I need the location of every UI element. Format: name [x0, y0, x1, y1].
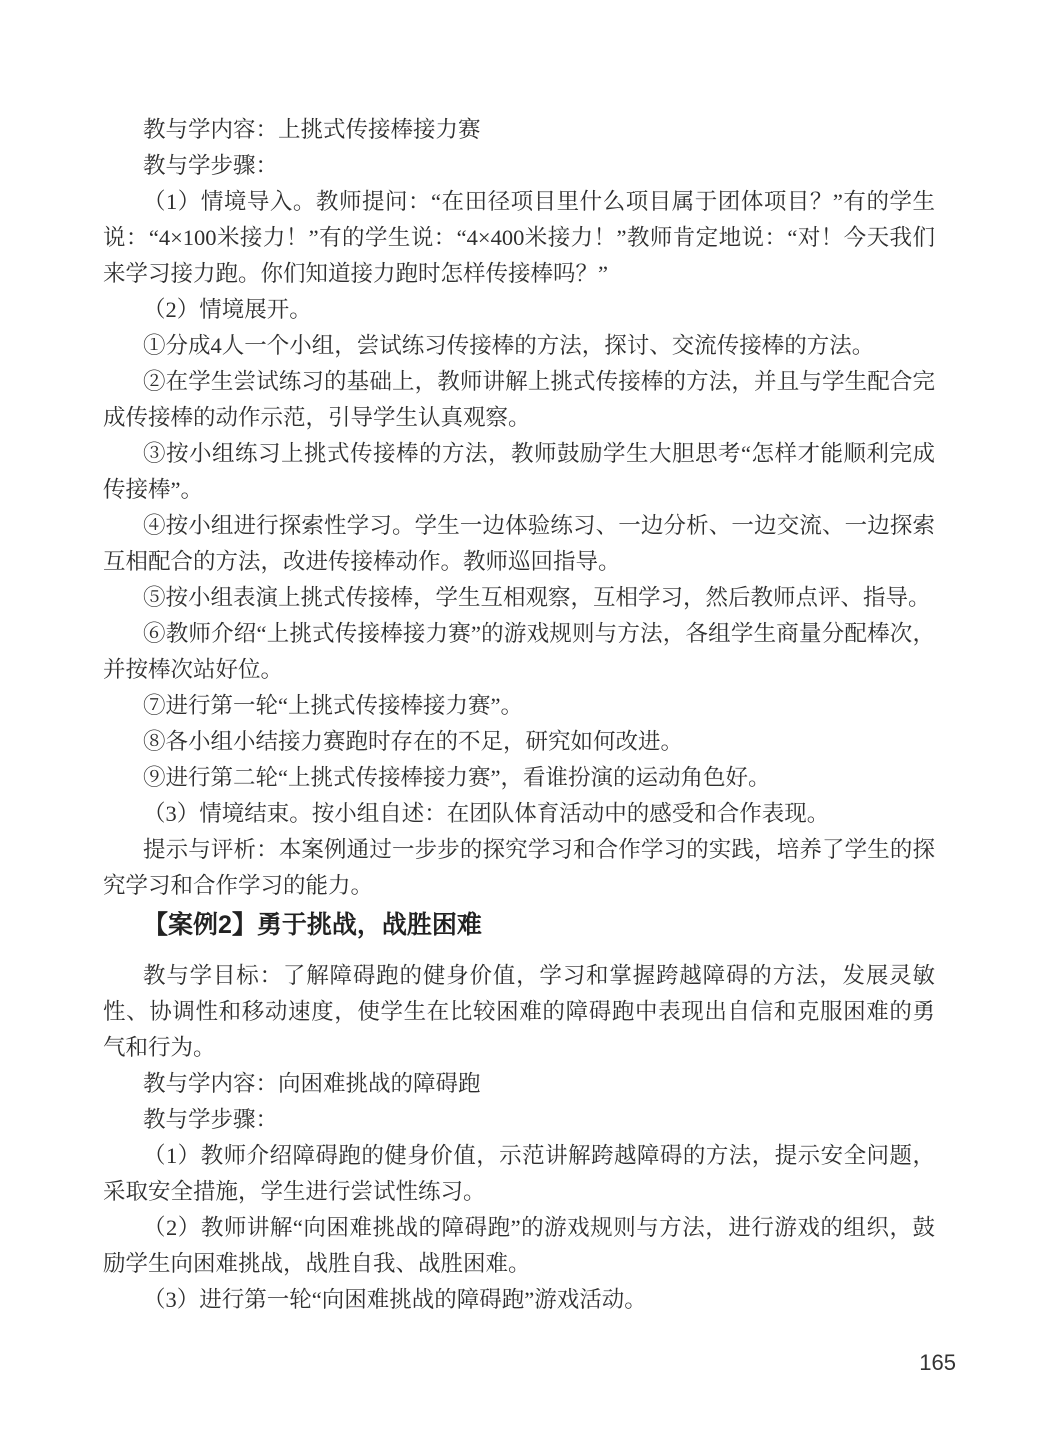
- paragraph: 教与学目标：了解障碍跑的健身价值，学习和掌握跨越障碍的方法，发展灵敏性、协调性和…: [103, 958, 935, 1066]
- document-body: 教与学内容：上挑式传接棒接力赛教与学步骤：（1）情境导入。教师提问：“在田径项目…: [103, 112, 935, 1318]
- paragraph: 提示与评析：本案例通过一步步的探究学习和合作学习的实践，培养了学生的探究学习和合…: [103, 832, 935, 904]
- paragraph: ⑥教师介绍“上挑式传接棒接力赛”的游戏规则与方法，各组学生商量分配棒次，并按棒次…: [103, 616, 935, 688]
- paragraph: ⑤按小组表演上挑式传接棒，学生互相观察，互相学习，然后教师点评、指导。: [103, 580, 935, 616]
- paragraph: ⑨进行第二轮“上挑式传接棒接力赛”，看谁扮演的运动角色好。: [103, 760, 935, 796]
- paragraph: ④按小组进行探索性学习。学生一边体验练习、一边分析、一边交流、一边探索互相配合的…: [103, 508, 935, 580]
- paragraph: 教与学内容：上挑式传接棒接力赛: [103, 112, 935, 148]
- paragraph: （3）进行第一轮“向困难挑战的障碍跑”游戏活动。: [103, 1282, 935, 1318]
- paragraph: ③按小组练习上挑式传接棒的方法，教师鼓励学生大胆思考“怎样才能顺利完成传接棒”。: [103, 436, 935, 508]
- paragraph: 教与学步骤：: [103, 148, 935, 184]
- page-number: 165: [919, 1350, 956, 1376]
- paragraph: ②在学生尝试练习的基础上，教师讲解上挑式传接棒的方法，并且与学生配合完成传接棒的…: [103, 364, 935, 436]
- book-page: 教与学内容：上挑式传接棒接力赛教与学步骤：（1）情境导入。教师提问：“在田径项目…: [0, 0, 1038, 1452]
- paragraph: ⑦进行第一轮“上挑式传接棒接力赛”。: [103, 688, 935, 724]
- section-heading: 【案例2】勇于挑战，战胜困难: [103, 907, 935, 943]
- paragraph: ①分成4人一个小组，尝试练习传接棒的方法，探讨、交流传接棒的方法。: [103, 328, 935, 364]
- paragraph: 教与学步骤：: [103, 1102, 935, 1138]
- paragraph: （1）情境导入。教师提问：“在田径项目里什么项目属于团体项目？”有的学生说：“4…: [103, 184, 935, 292]
- paragraph: ⑧各小组小结接力赛跑时存在的不足，研究如何改进。: [103, 724, 935, 760]
- paragraph: （2）教师讲解“向困难挑战的障碍跑”的游戏规则与方法，进行游戏的组织，鼓励学生向…: [103, 1210, 935, 1282]
- paragraph: （3）情境结束。按小组自述：在团队体育活动中的感受和合作表现。: [103, 796, 935, 832]
- paragraph: （1）教师介绍障碍跑的健身价值，示范讲解跨越障碍的方法，提示安全问题，采取安全措…: [103, 1138, 935, 1210]
- paragraph: 教与学内容：向困难挑战的障碍跑: [103, 1066, 935, 1102]
- paragraph: （2）情境展开。: [103, 292, 935, 328]
